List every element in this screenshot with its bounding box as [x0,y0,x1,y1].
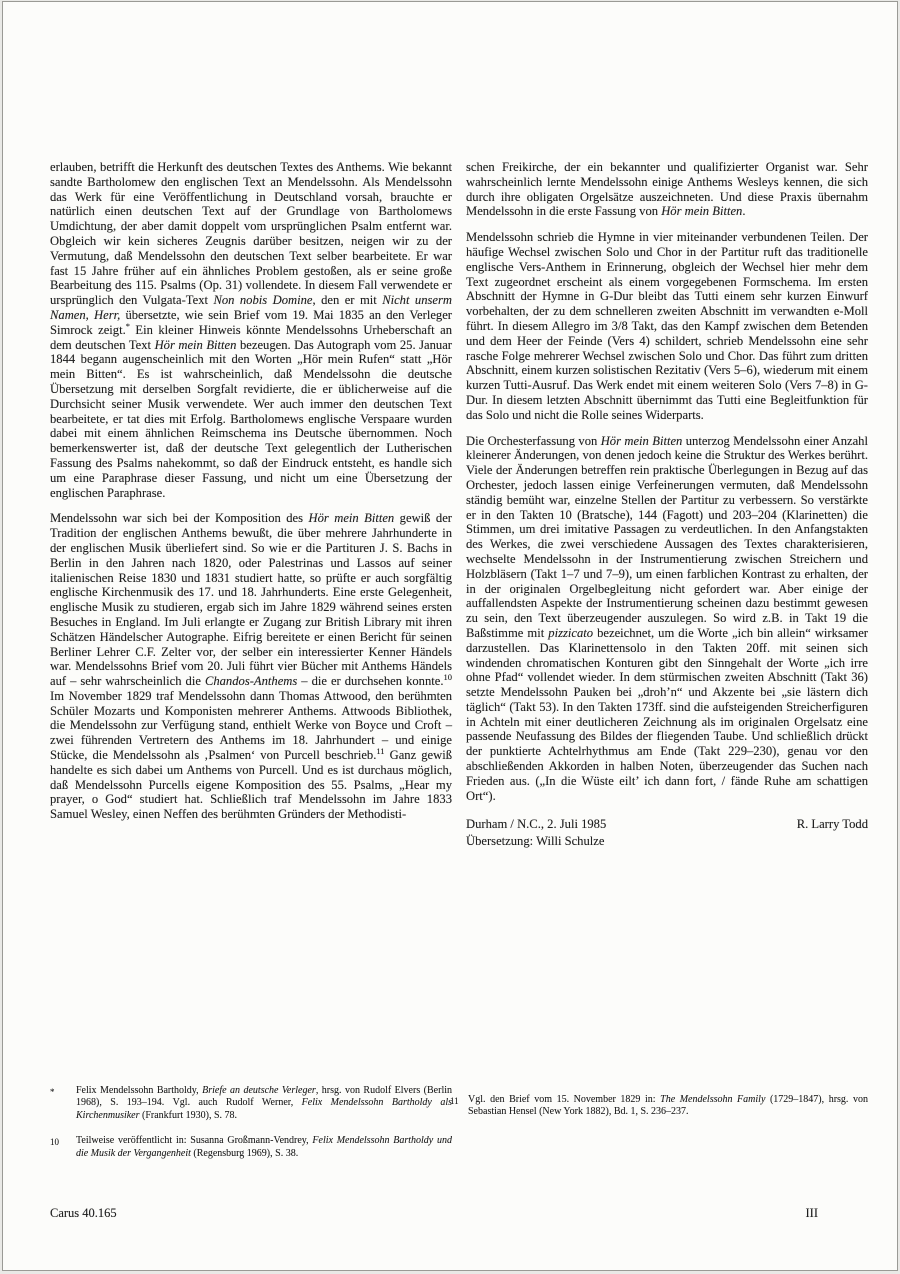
page-footer: Carus 40.165 III [50,1206,868,1221]
footnote-text: Vgl. den Brief vom 15. November 1829 in:… [468,1094,868,1119]
footnote: * Felix Mendelssohn Bartholdy, Briefe an… [50,1085,452,1122]
footnotes-left-column: * Felix Mendelssohn Bartholdy, Briefe an… [50,1085,452,1173]
body-text: erlauben, betrifft die Herkunft des deut… [50,160,868,849]
footnotes-right-column: 11 Vgl. den Brief vom 15. November 1829 … [466,1094,868,1173]
left-column: erlauben, betrifft die Herkunft des deut… [50,160,452,849]
paragraph: Mendelssohn war sich bei der Komposition… [50,511,452,822]
signature-place-date: Durham / N.C., 2. Juli 1985 [466,817,606,832]
right-column: schen Freikirche, der ein bekannter und … [466,160,868,849]
footnote-text: Felix Mendelssohn Bartholdy, Briefe an d… [76,1085,452,1122]
scanned-preface-page: erlauben, betrifft die Herkunft des deut… [2,1,898,1271]
footnote-marker: * [50,1085,76,1122]
page-number: III [806,1206,819,1221]
paragraph: schen Freikirche, der ein bekannter und … [466,160,868,219]
footnotes: * Felix Mendelssohn Bartholdy, Briefe an… [50,1085,868,1173]
edition-number: Carus 40.165 [50,1206,117,1221]
footnote: 10 Teilweise veröffentlicht in: Susanna … [50,1135,452,1160]
footnote-marker: 11 [450,1094,468,1119]
signature-translator: Übersetzung: Willi Schulze [466,834,868,849]
signature-row: Durham / N.C., 2. Juli 1985 R. Larry Tod… [466,817,868,832]
paragraph: erlauben, betrifft die Herkunft des deut… [50,160,452,500]
paragraph: Mendelssohn schrieb die Hymne in vier mi… [466,230,868,422]
signature-author: R. Larry Todd [797,817,868,832]
paragraph: Die Orchesterfassung von Hör mein Bitten… [466,434,868,804]
footnote-marker: 10 [50,1135,76,1160]
footnote-text: Teilweise veröffentlicht in: Susanna Gro… [76,1135,452,1160]
footnote: 11 Vgl. den Brief vom 15. November 1829 … [466,1094,868,1119]
